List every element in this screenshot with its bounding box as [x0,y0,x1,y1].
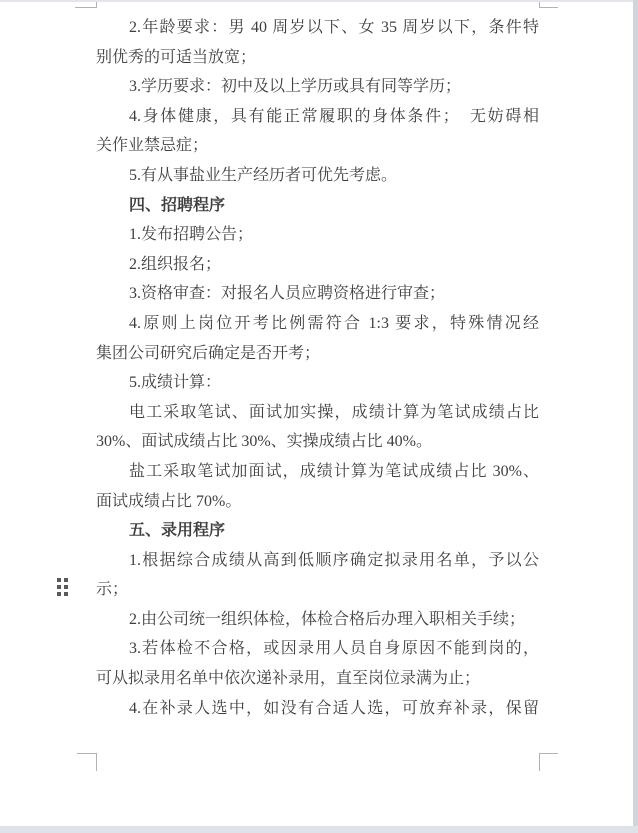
margin-mark-top-left [75,7,97,8]
text-line: 面试成绩占比 70%。 [96,487,539,517]
text-line: 关作业禁忌症； [96,131,539,161]
text-line: 电工采取笔试、面试加实操，成绩计算为笔试成绩占比 [96,398,539,428]
drag-handle-dot [64,578,68,582]
section-heading: 五、录用程序 [96,516,539,546]
margin-mark-bottom-left-v [96,753,97,771]
margin-mark-bottom-right [540,753,558,754]
text-line: 4.身体健康，具有能正常履职的身体条件； 无妨碍相 [96,102,539,132]
text-line: 5.有从事盐业生产经历者可优先考虑。 [96,161,539,191]
text-line: 2.组织报名； [96,250,539,280]
margin-mark-top-right [540,7,558,8]
text-line: 3.若体检不合格，或因录用人员自身原因不能到岗的， [96,634,539,664]
text-line: 2.由公司统一组织体检，体检合格后办理入职相关手续； [96,605,539,635]
margin-mark-bottom-right-v [539,753,540,771]
document-page[interactable]: 2.年龄要求：男 40 周岁以下、女 35 周岁以下，条件特别优秀的可适当放宽；… [96,13,539,723]
text-line: 集团公司研究后确定是否开考； [96,339,539,369]
section-heading: 四、招聘程序 [96,191,539,221]
text-line: 5.成绩计算： [96,368,539,398]
text-line: 3.资格审查：对报名人员应聘资格进行审查； [96,279,539,309]
page-gap [0,826,638,833]
margin-mark-bottom-left [77,753,97,754]
text-line: 别优秀的可适当放宽； [96,43,539,73]
text-line: 1.发布招聘公告； [96,220,539,250]
drag-handle-dot [57,585,61,589]
text-line: 可从拟录用名单中依次递补录用，直至岗位录满为止； [96,664,539,694]
text-line: 示； [96,575,539,605]
drag-handle-dot [57,578,61,582]
drag-handle-dot [57,592,61,596]
text-line: 4.原则上岗位开考比例需符合 1:3 要求，特殊情况经 [96,309,539,339]
drag-handle-dot [64,592,68,596]
top-edge-strip [0,0,633,2]
text-line: 4.在补录人选中，如没有合适人选，可放弃补录，保留 [96,694,539,724]
right-edge-gutter [633,0,638,833]
text-line: 盐工采取笔试加面试，成绩计算为笔试成绩占比 30%、 [96,457,539,487]
text-line: 30%、面试成绩占比 30%、实操成绩占比 40%。 [96,427,539,457]
text-line: 1.根据综合成绩从高到低顺序确定拟录用名单，予以公 [96,546,539,576]
text-line: 2.年龄要求：男 40 周岁以下、女 35 周岁以下，条件特 [96,13,539,43]
drag-handle-icon[interactable] [57,578,68,596]
drag-handle-dot [64,585,68,589]
text-line: 3.学历要求：初中及以上学历或具有同等学历； [96,72,539,102]
